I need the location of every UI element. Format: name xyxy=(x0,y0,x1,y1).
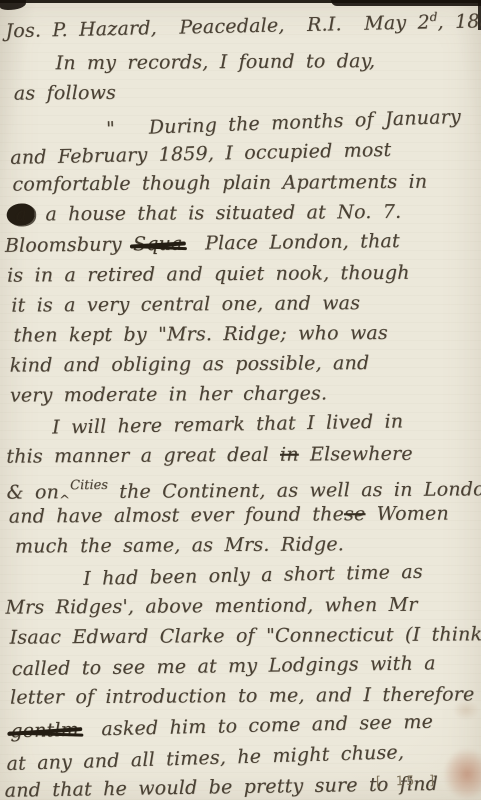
manuscript-line: In my records, I found to day, xyxy=(56,46,479,79)
handwritten-text: comfortable though plain Apartments in xyxy=(12,171,427,196)
crossed-out-letters: se xyxy=(344,503,366,525)
manuscript-line: Isaac Edward Clarke of "Connecticut (I t… xyxy=(10,619,481,652)
handwritten-text: kind and obliging as possible, and xyxy=(10,352,370,377)
handwritten-text: Mrs Ridges', above mentiond, when Mr xyxy=(5,593,417,618)
handwritten-text: , 1889, xyxy=(437,10,481,34)
handwritten-text: I will here remark that I lived in xyxy=(52,411,403,439)
crossed-out-word: Squa xyxy=(133,233,183,256)
handwritten-text: much the same, as Mrs. Ridge. xyxy=(15,533,344,557)
handwritten-text: Isaac Edward Clarke of "Connecticut (I t… xyxy=(10,623,481,648)
handwritten-text: Bloomsbury xyxy=(5,234,133,258)
handwritten-text: then kept by "Mrs. Ridge; who was xyxy=(13,322,387,347)
handwritten-text: a house that is situated at No. 7. xyxy=(34,201,401,226)
handwritten-text: and have almost ever found the xyxy=(9,503,344,527)
handwritten-text: it is a very central one, and was xyxy=(11,292,360,316)
handwritten-text: Place London, that xyxy=(182,230,400,255)
handwritten-text: as follows xyxy=(14,82,116,105)
paper-stain xyxy=(443,748,481,800)
handwritten-text: called to see me at my Lodgings with a xyxy=(12,652,436,680)
handwritten-text: very moderate in her charges. xyxy=(10,383,327,407)
ink-blot-crossed-word: a xyxy=(7,204,35,226)
manuscript-line: it is a very central one, and was xyxy=(11,287,480,320)
crossed-out-word: gentlm xyxy=(10,719,79,743)
handwritten-text: asked him to come and see me xyxy=(79,711,434,741)
manuscript-line: is in a retired and quiet nook, though xyxy=(7,257,480,290)
paper-stain-faint xyxy=(453,700,479,720)
inserted-word: Cities xyxy=(70,478,108,493)
handwritten-text: this manner a great deal xyxy=(6,443,280,467)
handwritten-text: is in a retired and quiet nook, though xyxy=(7,261,410,286)
handwritten-text: & on xyxy=(7,481,60,503)
manuscript-line: & on^Cities the Continent, as well as in… xyxy=(6,468,481,502)
manuscript-line: and have almost ever found these Women xyxy=(9,498,481,531)
crossed-out-word: in xyxy=(280,443,299,465)
manuscript-line: then kept by "Mrs. Ridge; who was xyxy=(13,317,480,350)
handwritten-text: Jos. P. Hazard, Peacedale, R.I. May 2 xyxy=(5,11,430,42)
manuscript-line: Mrs Ridges', above mentiond, when Mr xyxy=(5,589,481,623)
handwritten-text: Women xyxy=(365,503,449,526)
manuscript-line: Bloomsbury Squa Place London, that xyxy=(5,225,480,261)
manuscript-line: kind and obliging as possible, and xyxy=(10,347,481,380)
manuscript-line: this manner a great deal in Elsewhere xyxy=(6,438,481,472)
manuscript-line: comfortable though plain Apartments in xyxy=(12,166,479,199)
handwritten-text: letter of introduction to me, and I ther… xyxy=(10,683,475,708)
manuscript-line: a a house that is situated at No. 7. xyxy=(7,196,480,229)
manuscript-line: Jos. P. Hazard, Peacedale, R.I. May 2d, … xyxy=(5,1,479,41)
handwritten-text: In my records, I found to day, xyxy=(56,50,376,74)
manuscript-line: called to see me at my Lodgings with a xyxy=(12,648,481,685)
manuscript-text: Jos. P. Hazard, Peacedale, R.I. May 2d, … xyxy=(0,4,481,800)
page-number: [ 15 ] xyxy=(374,773,439,789)
handwritten-text: Elsewhere xyxy=(299,442,413,465)
handwritten-text: I had been only a short time as xyxy=(83,561,423,590)
manuscript-page: Jos. P. Hazard, Peacedale, R.I. May 2d, … xyxy=(0,0,481,800)
handwritten-text: and February 1859, I occupied most xyxy=(10,139,391,169)
